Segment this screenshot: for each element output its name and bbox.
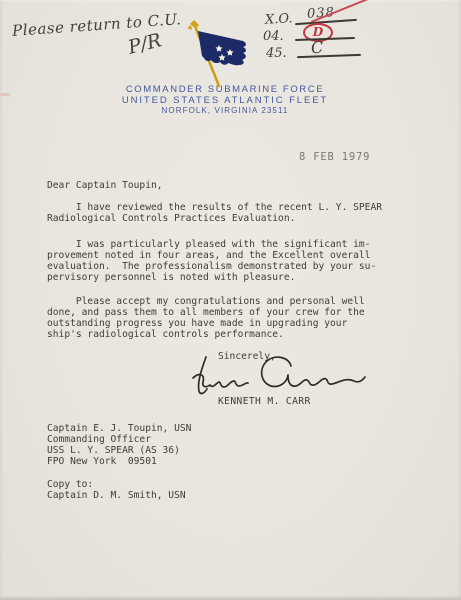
routing-underline-3 [297, 54, 361, 58]
date-stamp: 8 FEB 1979 [299, 151, 370, 164]
letterhead-command-line: COMMANDER SUBMARINE FORCE [0, 85, 450, 96]
letterhead-fleet-line: UNITED STATES ATLANTIC FLEET [0, 96, 450, 107]
body-paragraph-2: I was particularly pleased with the sign… [47, 239, 376, 283]
salutation: Dear Captain Toupin, [47, 180, 163, 191]
letterhead-address-line: NORFOLK, VIRGINIA 23511 [0, 106, 450, 116]
recipient-address-block: Captain E. J. Toupin, USN Commanding Off… [47, 423, 191, 467]
letterhead: COMMANDER SUBMARINE FORCE UNITED STATES … [0, 85, 450, 116]
routing-label-04: 04. [263, 29, 284, 44]
handwritten-initials: P/R [126, 29, 164, 58]
body-paragraph-3: Please accept my congratulations and per… [47, 296, 365, 340]
signer-typed-name: KENNETH M. CARR [218, 396, 311, 407]
body-paragraph-1: I have reviewed the results of the recen… [47, 202, 382, 224]
signature-handwriting [190, 354, 368, 398]
scanned-letter-page: Please return to C.U. P/R X.O. 038 04. [0, 0, 461, 600]
routing-label-45: 45. [266, 46, 287, 61]
copy-to-block: Copy to: Captain D. M. Smith, USN [47, 479, 186, 501]
routing-label-xo: X.O. [265, 11, 293, 27]
